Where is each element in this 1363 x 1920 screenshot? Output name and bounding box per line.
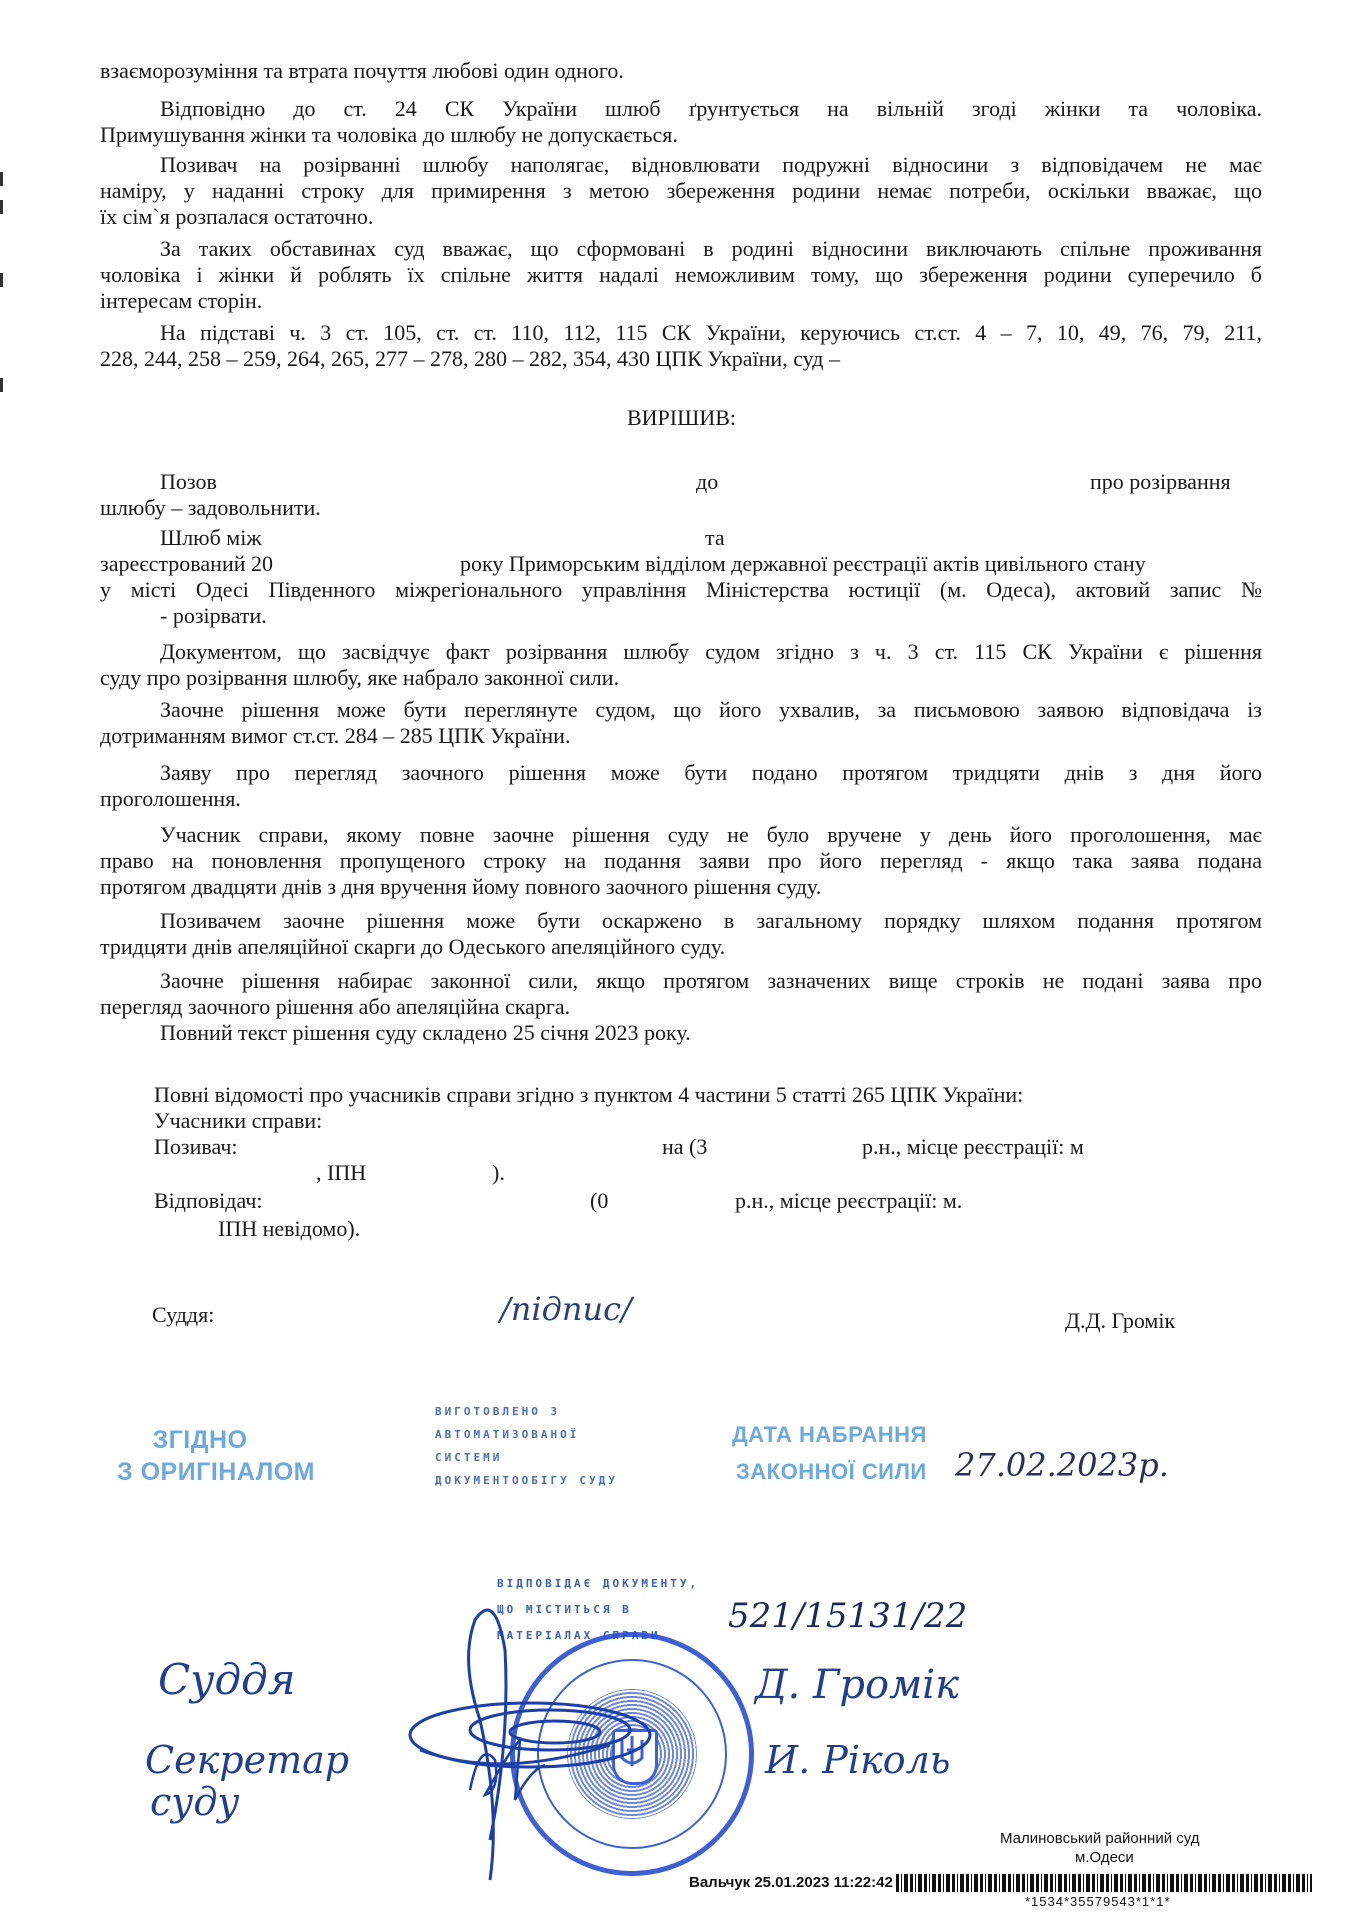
handwritten-judge-role: Суддя <box>158 1655 296 1704</box>
parties-label: Учасники справи: <box>154 1108 322 1134</box>
plaintiff-info: р.н., місце реєстрації: м <box>862 1134 1084 1160</box>
handwritten-judge-name: Д. Громік <box>755 1662 959 1708</box>
paragraph-line: Позивач на розірванні шлюбу наполягає, в… <box>160 152 1262 178</box>
decision-line: Позов <box>160 469 217 495</box>
paragraph-line: Відповідно до ст. 24 СК України шлюб ґру… <box>160 96 1262 122</box>
decision-line: - розірвати. <box>160 603 267 629</box>
stamp-auto-line: СИСТЕМИ <box>435 1446 502 1469</box>
stamp-auto-line: ДОКУМЕНТООБІГУ СУДУ <box>435 1469 618 1492</box>
plaintiff-info: , ІПН <box>316 1160 366 1186</box>
effective-date-handwritten: 27.02.2023р. <box>955 1446 1169 1484</box>
decision-line: у місті Одесі Південного міжрегіональног… <box>100 577 1262 603</box>
decision-line: шлюбу – задовольнити. <box>100 495 1262 521</box>
clerk-timestamp: Вальчук 25.01.2023 11:22:42 <box>689 1874 893 1891</box>
handwritten-secretary-name: И. Ріколь <box>765 1738 950 1782</box>
margin-mark <box>0 273 3 287</box>
paragraph-line: За таких обставинах суд вважає, що сформ… <box>160 236 1262 262</box>
decision-line: року Приморським відділом державної реєс… <box>460 551 1146 577</box>
paragraph-line: 228, 244, 258 – 259, 264, 265, 277 – 278… <box>100 346 1262 372</box>
defendant-info: ІПН невідомо). <box>218 1216 360 1242</box>
paragraph-line: Примушування жінки та чоловіка до шлюбу … <box>100 122 1262 148</box>
paragraph-line: чоловіка і жінки й роблять їх спільне жи… <box>100 262 1262 288</box>
decision-heading: ВИРІШИВ: <box>0 405 1363 431</box>
defendant-info: р.н., місце реєстрації: м. <box>735 1188 962 1214</box>
handwritten-secretary-role: Секретар <box>145 1738 349 1782</box>
decision-line: Повний текст рішення суду складено 25 сі… <box>160 1020 691 1046</box>
margin-mark <box>0 172 3 186</box>
plaintiff-label: Позивач: <box>154 1134 238 1160</box>
decision-line: про розірвання <box>1090 469 1231 495</box>
decision-line: перегляд заочного рішення або апеляційна… <box>100 994 1262 1020</box>
paragraph-line: На підставі ч. 3 ст. 105, ст. ст. 110, 1… <box>160 320 1262 346</box>
plaintiff-info: на (3 <box>662 1134 707 1160</box>
paragraph-line: інтересам сторін. <box>100 288 1262 314</box>
paragraph-line: їх сім`я розпалася остаточно. <box>100 204 1262 230</box>
decision-line: Позивачем заочне рішення може бути оскар… <box>160 908 1262 934</box>
margin-mark <box>0 378 3 392</box>
court-name: Малиновський районний суд <box>1000 1830 1200 1847</box>
decision-line: суду про розірвання шлюбу, яке набрало з… <box>100 665 1262 691</box>
signature-scribble <box>380 1580 780 1920</box>
judge-name: Д.Д. Громік <box>1065 1308 1175 1334</box>
court-city: м.Одеси <box>1075 1849 1134 1866</box>
stamp-date-label: ЗАКОННОЇ СИЛИ <box>736 1457 927 1487</box>
decision-line: Учасник справи, якому повне заочне рішен… <box>160 822 1262 848</box>
parties-intro: Повні відомості про учасників справи згі… <box>154 1082 1023 1108</box>
barcode-text: *1534*35579543*1*1* <box>1025 1894 1171 1909</box>
stamp-auto-line: АВТОМАТИЗОВАНОЇ <box>435 1423 579 1446</box>
decision-line: зареєстрований 20 <box>100 551 273 577</box>
decision-line: Заяву про перегляд заочного рішення може… <box>160 760 1262 786</box>
stamp-date-label: ДАТА НАБРАННЯ <box>732 1420 927 1450</box>
decision-line: Заочне рішення може бути переглянуте суд… <box>160 697 1262 723</box>
stamp-original-line: З ОРИГІНАЛОМ <box>96 1457 336 1487</box>
paragraph-line: наміру, у наданні строку для примирення … <box>100 178 1262 204</box>
barcode <box>896 1874 1312 1892</box>
signature-placeholder: /підпис/ <box>500 1290 632 1328</box>
decision-line: Документом, що засвідчує факт розірвання… <box>160 639 1262 665</box>
decision-line: дотриманням вимог ст.ст. 284 – 285 ЦПК У… <box>100 723 1262 749</box>
margin-mark <box>0 200 3 214</box>
decision-line: Заочне рішення набирає законної сили, як… <box>160 968 1262 994</box>
stamp-auto-line: ВИГОТОВЛЕНО З <box>435 1400 560 1423</box>
decision-line: право на поновлення пропущеного строку н… <box>100 848 1262 874</box>
stamp-original-line: ЗГІДНО <box>150 1425 250 1455</box>
defendant-info: (0 <box>590 1188 608 1214</box>
decision-line: Шлюб між <box>160 525 262 551</box>
decision-line: проголошення. <box>100 786 1262 812</box>
decision-line: тридцяти днів апеляційної скарги до Одес… <box>100 934 1262 960</box>
paragraph-line: взаєморозуміння та втрата почуття любові… <box>100 58 1262 84</box>
judge-label: Суддя: <box>152 1302 214 1328</box>
secretary-signature <box>460 1730 550 1810</box>
decision-line: протягом двадцяти днів з дня вручення йо… <box>100 874 1262 900</box>
handwritten-secretary-role: суду <box>150 1780 239 1824</box>
defendant-label: Відповідач: <box>154 1188 263 1214</box>
decision-line: до <box>696 469 718 495</box>
decision-line: та <box>705 525 725 551</box>
plaintiff-info: ). <box>492 1160 505 1186</box>
